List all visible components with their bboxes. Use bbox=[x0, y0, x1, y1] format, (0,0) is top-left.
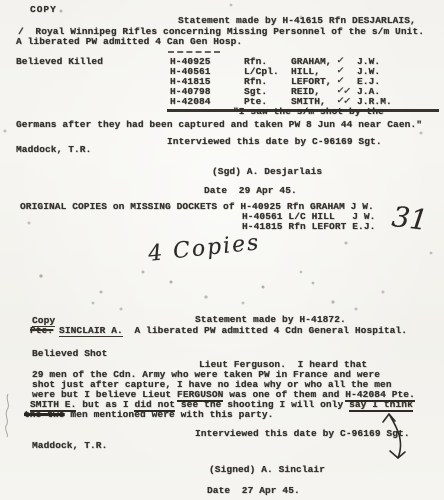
statement1-date: Date 29 Apr 45. bbox=[204, 186, 297, 196]
copy-stamp-1: COPY bbox=[30, 5, 57, 15]
subject-rest: A liberated PW admitted 4 Cdn General Ho… bbox=[123, 325, 407, 336]
believed-shot-label: Believed Shot bbox=[32, 349, 107, 359]
statement1-header-line3: A liberated PW admitted 4 Can Gen Hosp. bbox=[16, 37, 242, 47]
statement1-quote-line2: Germans after they had been captured and… bbox=[16, 120, 422, 130]
statement1-interviewed-line: Interviewed this date by C-96169 Sgt. bbox=[167, 137, 382, 147]
subject-rank: Pte. bbox=[30, 325, 53, 336]
handwritten-page-number: 31 bbox=[390, 200, 429, 237]
believed-killed-label: Believed Killed bbox=[16, 57, 103, 67]
statement2-header-line1: Statement made by H-41872. bbox=[195, 315, 346, 325]
handwritten-arrow bbox=[368, 398, 418, 474]
scanned-document: COPY Statement made by H-41615 Rfn DESJA… bbox=[0, 0, 444, 500]
statement2-interviewer-name: Maddock, T.R. bbox=[32, 441, 107, 451]
dashed-underline bbox=[168, 51, 220, 53]
dockets-line3: H-41815 Rfn LEFORT E.J. bbox=[242, 222, 375, 232]
statement1-header-line1: Statement made by H-41615 Rfn DESJARLAIS… bbox=[178, 16, 416, 26]
statement2-signature: (Signed) A. Sinclair bbox=[209, 465, 325, 475]
statement2-date: Date 27 Apr 45. bbox=[207, 486, 300, 496]
scan-noise bbox=[0, 0, 2, 2]
statement2-body-line6: the two men mentioned were with this par… bbox=[24, 410, 273, 420]
margin-scribble bbox=[1, 392, 15, 438]
handwritten-copies-note: 4 Copies bbox=[147, 230, 261, 267]
statement1-interviewer-name: Maddock, T.R. bbox=[16, 145, 91, 155]
statement1-quote-line1: "I saw the s/m shot by the bbox=[233, 107, 384, 117]
statement1-signature: (Sgd) A. Desjarlais bbox=[212, 167, 322, 177]
statement2-subject-line: Pte. SINCLAIR A. A liberated PW admitted… bbox=[30, 326, 407, 336]
body6-rest: men mentioned were with this party. bbox=[65, 409, 274, 420]
subject-name: SINCLAIR A. bbox=[59, 325, 123, 337]
struck-words: the two bbox=[24, 409, 65, 420]
